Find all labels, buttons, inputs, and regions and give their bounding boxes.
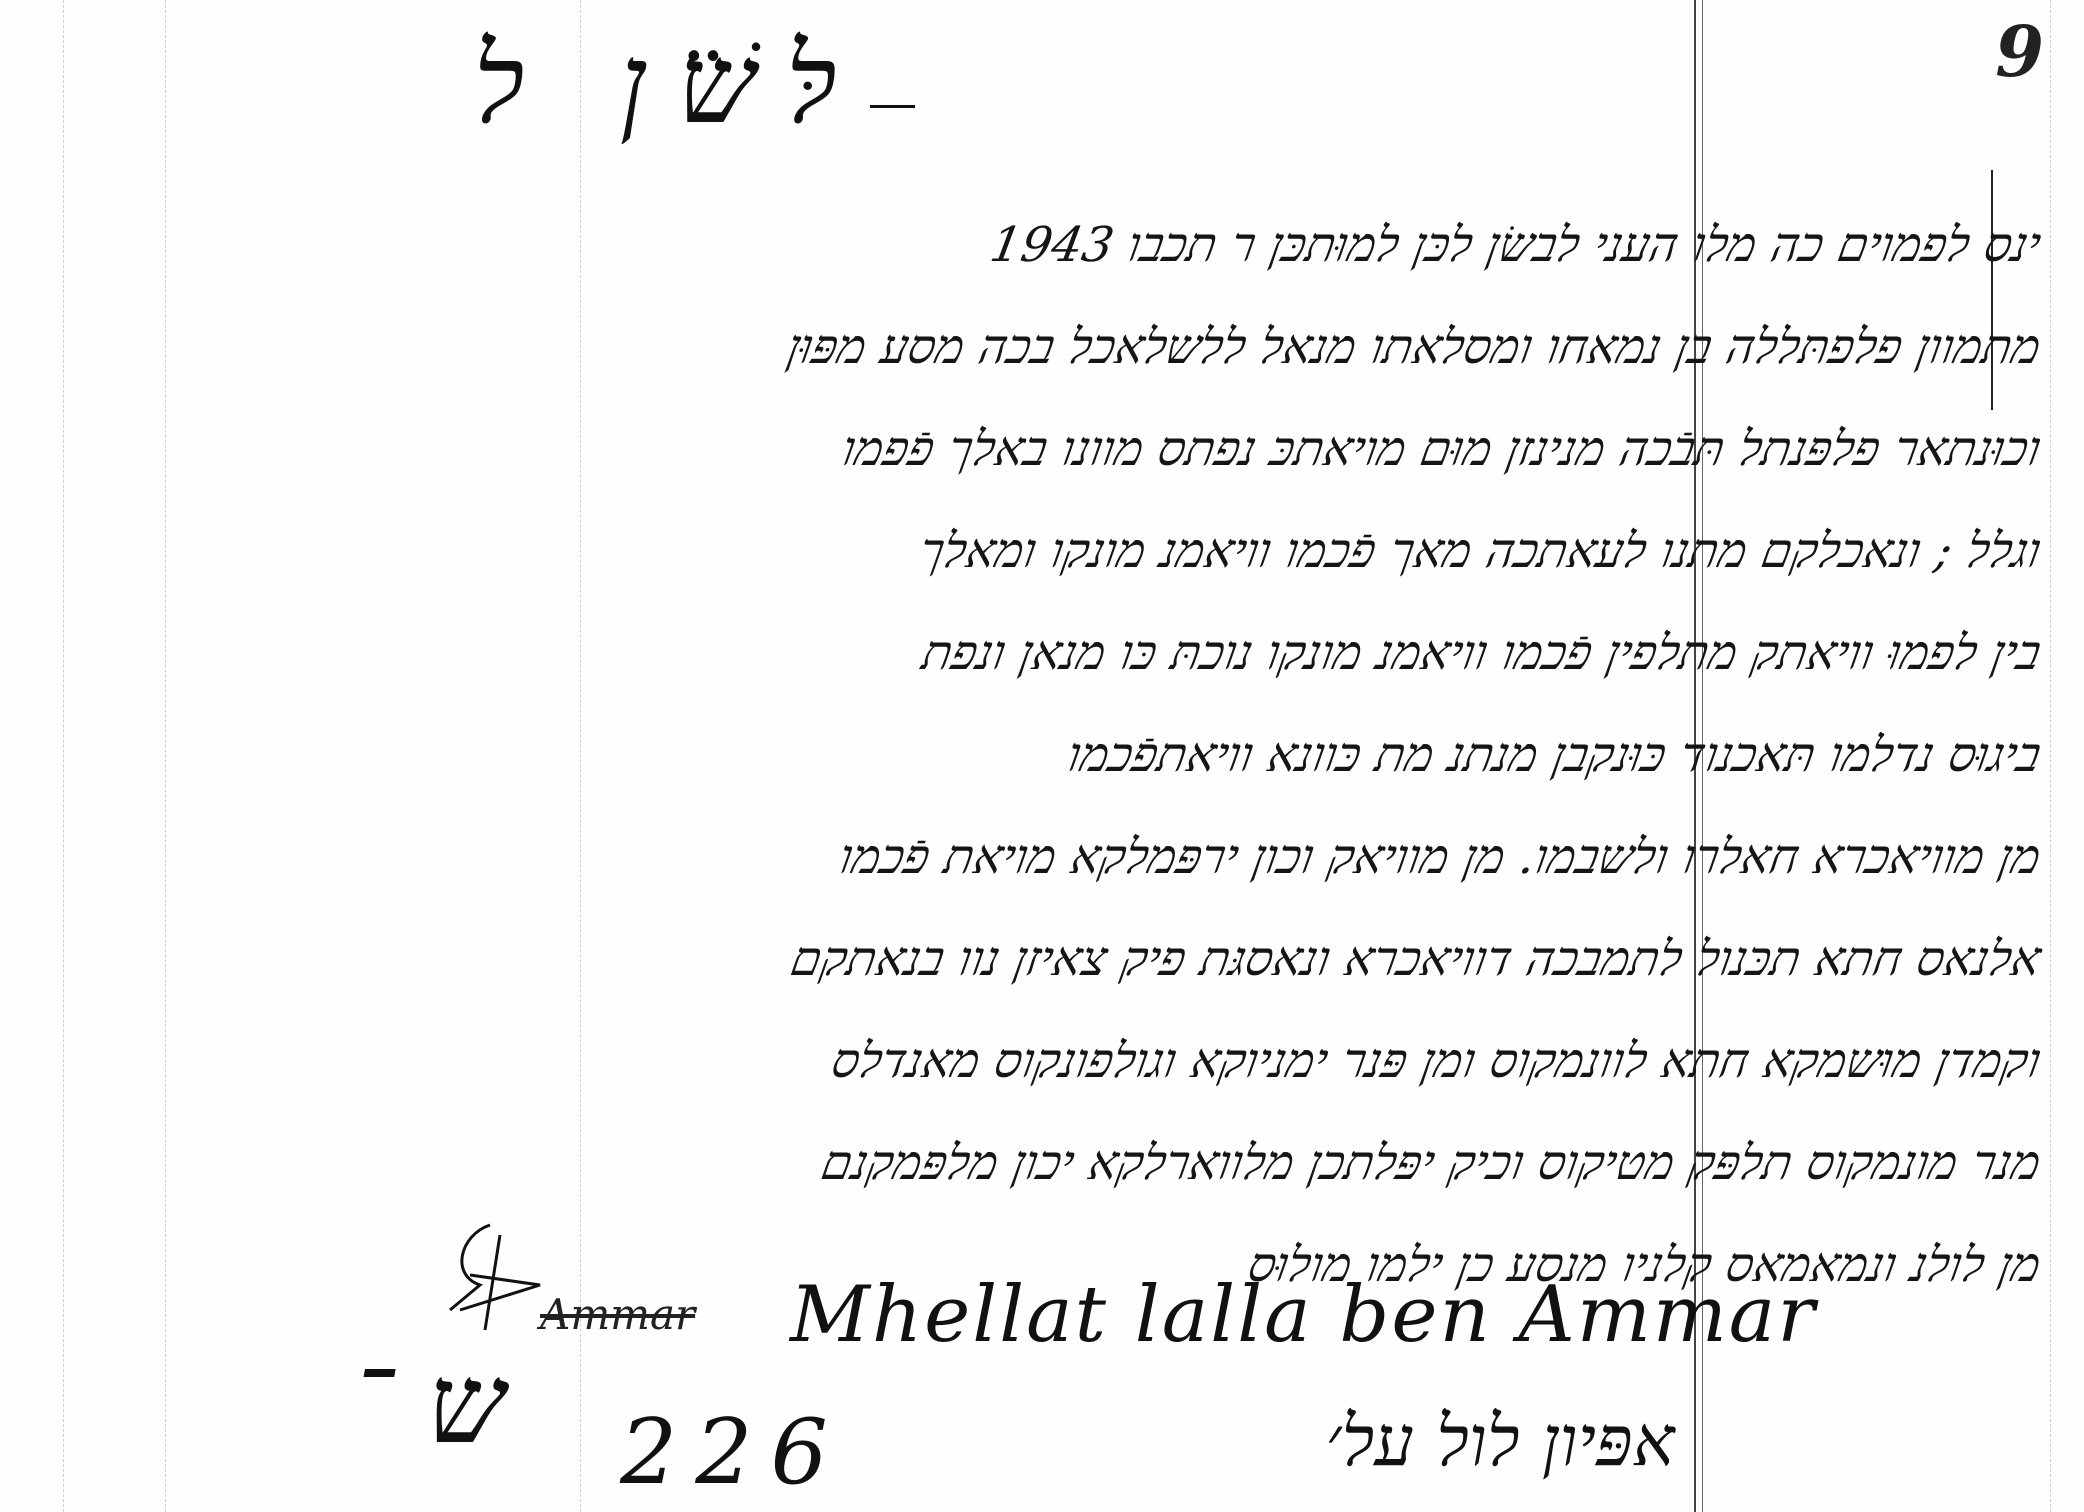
text-line: מן מוויאכרא חאלרו ולשבמו. מן מוויאק וכון… bbox=[31, 807, 2049, 909]
struck-out-word: Ammar bbox=[540, 1290, 695, 1339]
text-line: אלנאס חתא תכּנול לתמבכה דוויאכרא ונאסגּת… bbox=[31, 909, 2049, 1011]
text-line: ביגוּס נדלמו תּאכנוד כּוּנקבן מנתנ מת כּ… bbox=[31, 705, 2049, 807]
heading-dash bbox=[870, 105, 915, 108]
signature-scribble-icon bbox=[430, 1215, 550, 1335]
text-line: מנר מונמקוס תלפּק מטיקוס וכיק יפּלתכן מל… bbox=[31, 1113, 2049, 1215]
paper-fold-line bbox=[2050, 0, 2051, 1512]
manuscript-page: 9 לּשׁ̈ן ל ינס לפמוים כה מלו העני לבשׂן … bbox=[0, 0, 2084, 1512]
text-line: וקמדן מוּשמקא חתא לוונמקוס ומן פּנר ימני… bbox=[31, 1011, 2049, 1113]
latin-signature: Mhellat lalla ben Ammar bbox=[790, 1270, 1817, 1360]
bottom-left-mark: ש ־ bbox=[350, 1340, 505, 1469]
body-text: ינס לפמוים כה מלו העני לבשׂן לכּן למוּתכ… bbox=[40, 195, 2040, 1317]
text-line: מתמוון פלפתּללה בן נמאחו ומסלאתו מנאל לל… bbox=[31, 297, 2049, 399]
text-line: ינס לפמוים כה מלו העני לבשׂן לכּן למוּתכ… bbox=[31, 195, 2049, 297]
bottom-right-note: אפּיון לול על׳ bbox=[1150, 1400, 1850, 1483]
reference-number: 226 bbox=[620, 1400, 846, 1505]
page-number: 9 bbox=[1995, 10, 2044, 93]
text-line: וגלל ; ונאכלקם מתנו לעאתכה מאך פֿכמו ווי… bbox=[31, 501, 2049, 603]
text-line: בין לפמוּ וויאתק מתלפין פֿכמו וויאמנ מונ… bbox=[31, 603, 2049, 705]
text-line: וכוּנתאר פלפּנתל תּבֿכה מנינזן מוּם מויא… bbox=[31, 399, 2049, 501]
